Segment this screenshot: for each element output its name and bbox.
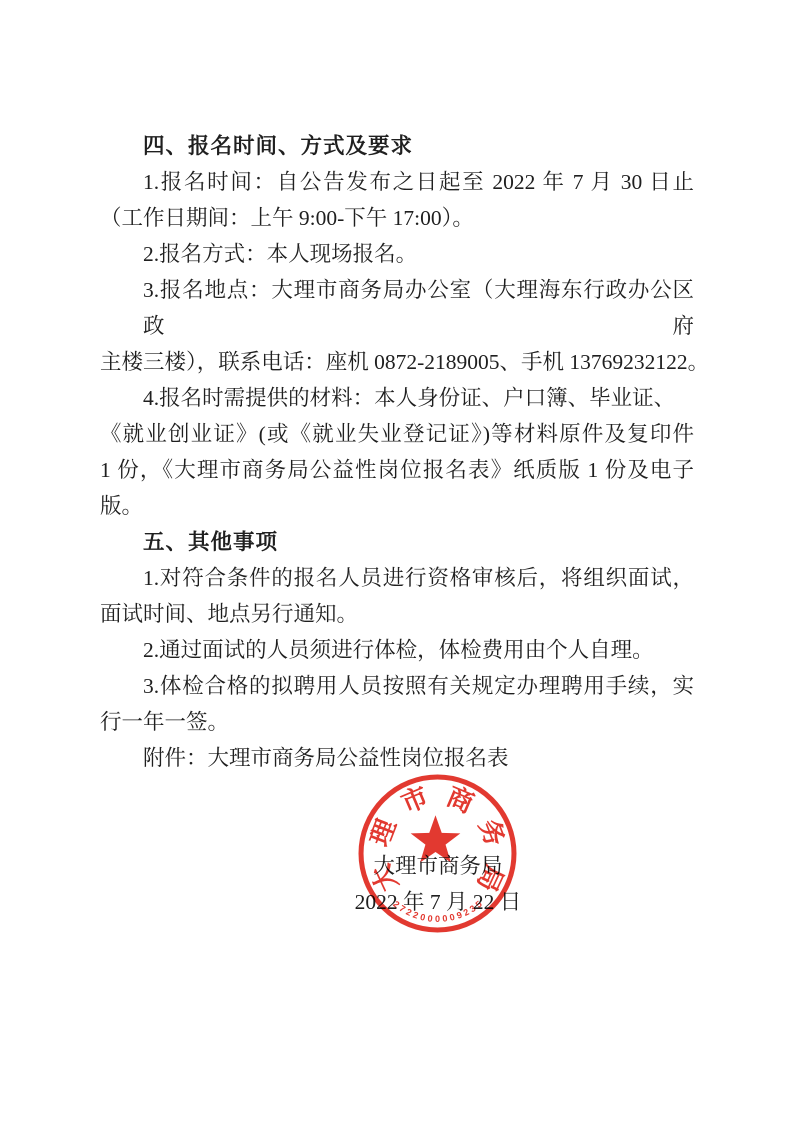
paragraph-line: 2.报名方式：本人现场报名。 [100,236,694,272]
paragraph-line: 1 份，《大理市商务局公益性岗位报名表》纸质版 1 份及电子 [100,452,694,488]
paragraph-line: 行一年一签。 [100,704,694,740]
signature-date: 2022 年 7 月 22 日 [355,884,522,920]
seal-arc-char: 商 [442,781,478,819]
paragraph-line: 主楼三楼），联系电话：座机 0872-2189005、手机 1376923212… [100,344,694,380]
paragraph-line: 1.对符合条件的报名人员进行资格审核后，将组织面试， [100,560,694,596]
attachment-line: 附件：大理市商务局公益性岗位报名表 [100,740,694,776]
paragraph-line: 3.报名地点：大理市商务局办公室（大理海东行政办公区政府 [100,272,694,344]
paragraph-line: 2.通过面试的人员须进行体检，体检费用由个人自理。 [100,632,694,668]
paragraph-line: 1.报名时间：自公告发布之日起至 2022 年 7 月 30 日止 [100,164,694,200]
paragraph-line: 3.体检合格的拟聘用人员按照有关规定办理聘用手续，实 [100,668,694,704]
section-heading-5: 五、其他事项 [100,524,694,560]
signature-org: 大理市商务局 [355,848,522,884]
section-heading-4: 四、报名时间、方式及要求 [100,128,694,164]
document-page: 四、报名时间、方式及要求 1.报名时间：自公告发布之日起至 2022 年 7 月… [0,0,793,1121]
document-body: 四、报名时间、方式及要求 1.报名时间：自公告发布之日起至 2022 年 7 月… [100,128,694,776]
paragraph-line: （工作日期间：上午 9:00-下午 17:00）。 [100,200,694,236]
paragraph-line: 版。 [100,488,694,524]
seal-arc-char: 市 [397,782,432,819]
signature-block: 大理市商务局 2022 年 7 月 22 日 [355,848,522,920]
paragraph-line: 4.报名时需提供的材料：本人身份证、户口簿、毕业证、 [100,380,694,416]
paragraph-line: 《就业创业证》(或《就业失业登记证》)等材料原件及复印件 [100,416,694,452]
paragraph-line: 面试时间、地点另行通知。 [100,596,694,632]
seal-arc-char: 务 [473,815,510,850]
seal-arc-char: 理 [365,815,402,851]
